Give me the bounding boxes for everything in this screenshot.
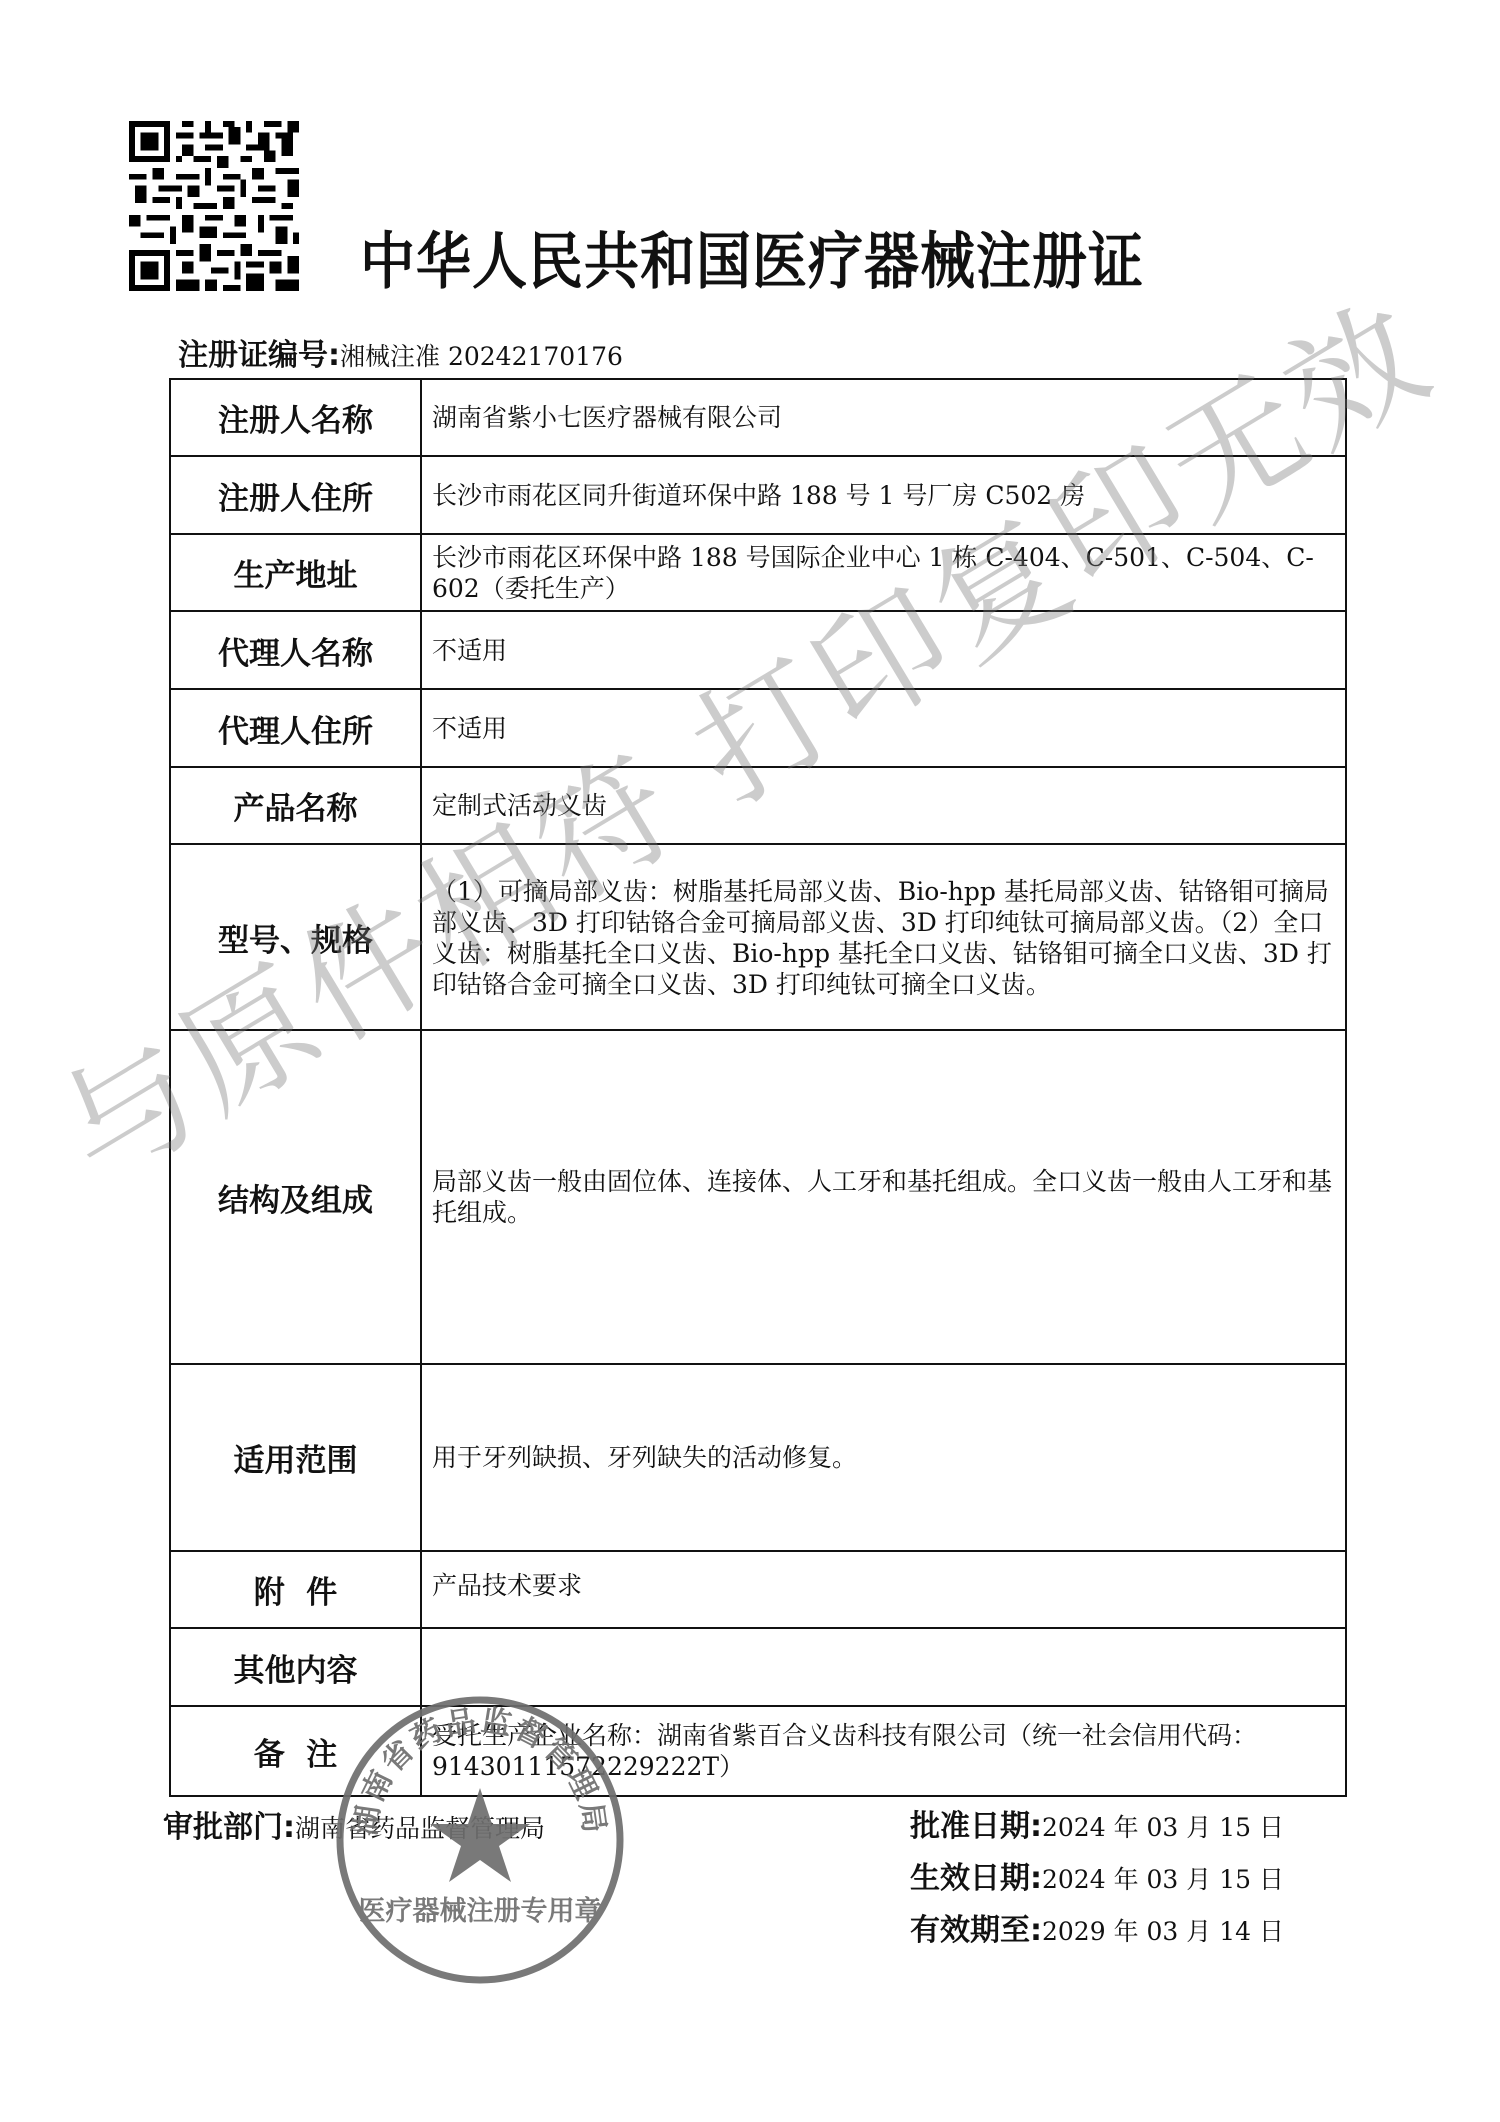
field-label: 其他内容 bbox=[170, 1628, 421, 1706]
field-label: 注册人名称 bbox=[170, 379, 421, 456]
effective-date-label: 生效日期: bbox=[910, 1861, 1042, 1896]
field-label: 生产地址 bbox=[170, 534, 421, 611]
table-row: 适用范围 用于牙列缺损、牙列缺失的活动修复。 bbox=[170, 1364, 1346, 1551]
field-label: 备 注 bbox=[170, 1706, 421, 1796]
structure-value: 局部义齿一般由固位体、连接体、人工牙和基托组成。全口义齿一般由人工牙和基托组成。 bbox=[421, 1030, 1346, 1364]
registration-number-value: 湘械注准 20242170176 bbox=[340, 342, 623, 371]
date-block: 批准日期:2024 年 03 月 15 日 生效日期:2024 年 03 月 1… bbox=[910, 1804, 1284, 1960]
table-row: 代理人住所 不适用 bbox=[170, 689, 1346, 767]
seal-bottom-text: 医疗器械注册专用章 bbox=[359, 1895, 602, 1927]
table-row: 其他内容 bbox=[170, 1628, 1346, 1706]
table-row: 结构及组成 局部义齿一般由固位体、连接体、人工牙和基托组成。全口义齿一般由人工牙… bbox=[170, 1030, 1346, 1364]
approval-date: 批准日期:2024 年 03 月 15 日 bbox=[910, 1804, 1284, 1856]
other-content-value bbox=[421, 1628, 1346, 1706]
registrant-address-value: 长沙市雨花区同升街道环保中路 188 号 1 号厂房 C502 房 bbox=[421, 456, 1346, 534]
approval-department: 审批部门:湖南省药品监督管理局 bbox=[163, 1806, 545, 1854]
expiry-date-label: 有效期至: bbox=[910, 1913, 1042, 1948]
field-label: 适用范围 bbox=[170, 1364, 421, 1551]
attachment-value: 产品技术要求 bbox=[421, 1551, 1346, 1628]
field-label: 附 件 bbox=[170, 1551, 421, 1628]
certificate-title: 中华人民共和国医疗器械注册证 bbox=[360, 222, 1160, 300]
table-row: 代理人名称 不适用 bbox=[170, 611, 1346, 689]
expiry-date: 有效期至:2029 年 03 月 14 日 bbox=[910, 1908, 1284, 1960]
table-row: 产品名称 定制式活动义齿 bbox=[170, 767, 1346, 844]
effective-date-value: 2024 年 03 月 15 日 bbox=[1042, 1865, 1284, 1894]
approval-date-value: 2024 年 03 月 15 日 bbox=[1042, 1813, 1284, 1842]
field-label: 型号、规格 bbox=[170, 844, 421, 1030]
remarks-value: 受托生产企业名称：湖南省紫百合义齿科技有限公司（统一社会信用代码：9143011… bbox=[421, 1706, 1346, 1796]
product-name-value: 定制式活动义齿 bbox=[421, 767, 1346, 844]
field-label: 结构及组成 bbox=[170, 1030, 421, 1364]
scope-value: 用于牙列缺损、牙列缺失的活动修复。 bbox=[421, 1364, 1346, 1551]
approval-department-value: 湖南省药品监督管理局 bbox=[295, 1814, 545, 1843]
table-row: 附 件 产品技术要求 bbox=[170, 1551, 1346, 1628]
field-label: 产品名称 bbox=[170, 767, 421, 844]
table-row: 生产地址 长沙市雨花区环保中路 188 号国际企业中心 1 栋 C-404、C-… bbox=[170, 534, 1346, 611]
effective-date: 生效日期:2024 年 03 月 15 日 bbox=[910, 1856, 1284, 1908]
registration-number: 注册证编号:湘械注准 20242170176 bbox=[178, 334, 623, 382]
model-spec-value: （1）可摘局部义齿：树脂基托局部义齿、Bio-hpp 基托局部义齿、钴铬钼可摘局… bbox=[421, 844, 1346, 1030]
table-row: 注册人住所 长沙市雨花区同升街道环保中路 188 号 1 号厂房 C502 房 bbox=[170, 456, 1346, 534]
expiry-date-value: 2029 年 03 月 14 日 bbox=[1042, 1917, 1284, 1946]
table-row: 型号、规格 （1）可摘局部义齿：树脂基托局部义齿、Bio-hpp 基托局部义齿、… bbox=[170, 844, 1346, 1030]
approval-department-label: 审批部门: bbox=[163, 1810, 295, 1845]
agent-name-value: 不适用 bbox=[421, 611, 1346, 689]
registrant-name-value: 湖南省紫小七医疗器械有限公司 bbox=[421, 379, 1346, 456]
table-row: 备 注 受托生产企业名称：湖南省紫百合义齿科技有限公司（统一社会信用代码：914… bbox=[170, 1706, 1346, 1796]
field-label: 代理人住所 bbox=[170, 689, 421, 767]
field-label: 注册人住所 bbox=[170, 456, 421, 534]
certificate-table: 注册人名称 湖南省紫小七医疗器械有限公司 注册人住所 长沙市雨花区同升街道环保中… bbox=[169, 378, 1347, 1797]
production-address-value: 长沙市雨花区环保中路 188 号国际企业中心 1 栋 C-404、C-501、C… bbox=[421, 534, 1346, 611]
registration-number-label: 注册证编号: bbox=[178, 338, 340, 373]
approval-date-label: 批准日期: bbox=[910, 1809, 1042, 1844]
agent-address-value: 不适用 bbox=[421, 689, 1346, 767]
qr-code-icon bbox=[124, 121, 304, 291]
table-row: 注册人名称 湖南省紫小七医疗器械有限公司 bbox=[170, 379, 1346, 456]
field-label: 代理人名称 bbox=[170, 611, 421, 689]
